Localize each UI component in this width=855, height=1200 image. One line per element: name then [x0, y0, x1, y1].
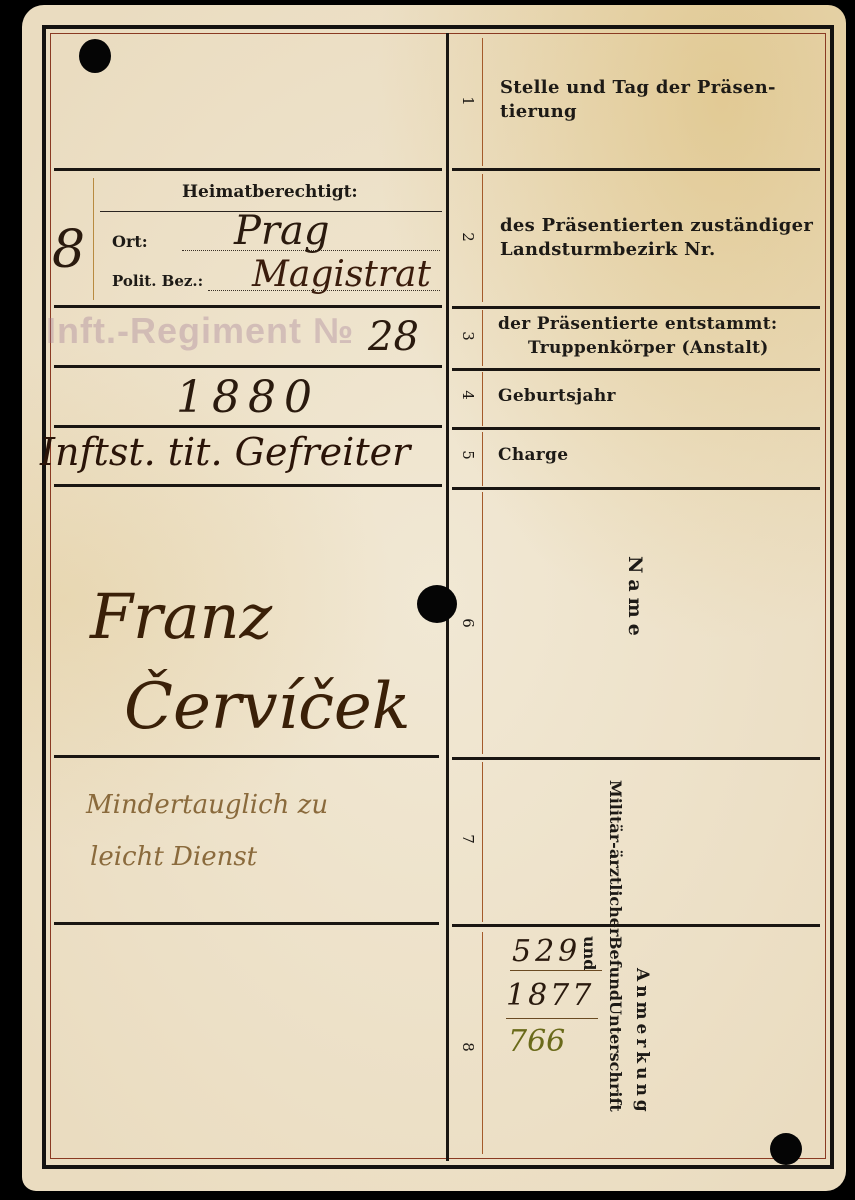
birth-year-value: 1880: [176, 372, 320, 423]
ort-label: Ort:: [112, 232, 148, 251]
bez-value: Magistrat: [252, 254, 431, 295]
number-column-line: [482, 762, 483, 922]
punch-hole: [417, 585, 457, 623]
row-divider: [54, 922, 439, 925]
row-divider: [452, 427, 820, 430]
row-divider: [54, 365, 442, 368]
medical-finding-line2: leicht Dienst: [90, 842, 257, 872]
label-charge: Charge: [498, 443, 568, 467]
row-divider: [452, 306, 820, 309]
label-origin-line2: Truppenkörper (Anstalt): [528, 337, 818, 359]
punch-hole: [770, 1133, 802, 1165]
row-number-5: 5: [459, 445, 477, 465]
row-divider: [54, 168, 442, 171]
number-column-line: [482, 174, 483, 302]
polit-bez-label: Polit. Bez.:: [112, 272, 203, 290]
label-medical-findings: Militär- ärztlicher Befund und Unterschr…: [576, 780, 628, 920]
row-divider: [54, 484, 442, 487]
heimat-heading: Heimatberechtigt:: [182, 182, 358, 202]
row-divider: [54, 425, 442, 428]
medical-finding-line1: Mindertauglich zu: [86, 790, 328, 820]
label-name: Name: [624, 556, 646, 642]
row-number-2: 2: [459, 227, 477, 247]
label-birth-year: Geburtsjahr: [498, 384, 616, 408]
row-number-3: 3: [459, 326, 477, 346]
first-name-value: Franz: [90, 580, 272, 653]
number-column-line: [482, 432, 483, 486]
row-divider: [452, 757, 820, 760]
last-name-value: Červíček: [124, 670, 411, 744]
row-divider: [54, 755, 439, 758]
row-number-6: 6: [459, 613, 477, 633]
remark-value-1: 529: [512, 934, 581, 969]
punch-hole: [79, 39, 111, 73]
label-presentation-place-date: Stelle und Tag der Präsen- tierung: [500, 76, 810, 124]
remark-fraction-line: [506, 1018, 598, 1019]
label-landsturm-district: des Präsentierten zuständiger Landsturmb…: [500, 214, 818, 262]
row-number-1: 1: [459, 91, 477, 111]
row-number-4: 4: [459, 385, 477, 405]
section-2-inner-line: [93, 178, 94, 300]
row-divider: [452, 487, 820, 490]
row-number-8: 8: [459, 1037, 477, 1057]
remark-value-3: 766: [508, 1024, 565, 1059]
number-column-line: [482, 310, 483, 366]
row-number-7: 7: [459, 829, 477, 849]
label-origin-line1: der Präsentierte entstammt:: [498, 313, 818, 335]
row-divider: [54, 305, 442, 308]
number-column-line: [482, 38, 483, 166]
remark-fraction-line: [510, 970, 602, 971]
number-column-line: [482, 492, 483, 754]
ort-value: Prag: [234, 208, 330, 254]
remark-value-2: 1877: [506, 978, 594, 1013]
label-medical-line1: Militär-: [576, 780, 628, 849]
row-divider: [452, 168, 820, 171]
regiment-number: 28: [368, 314, 419, 360]
number-column-line: [482, 372, 483, 426]
row-divider: [452, 368, 820, 371]
row-divider: [452, 924, 820, 927]
label-medical-line2: ärztlicher: [576, 849, 628, 936]
label-remarks: Anmerkung: [632, 968, 652, 1116]
regiment-stamp: Inft.-Regiment №: [46, 310, 354, 352]
number-column-line: [482, 932, 483, 1154]
charge-value: Inftst. tit. Gefreiter: [40, 430, 410, 474]
landsturm-district-value: 8: [52, 222, 85, 278]
